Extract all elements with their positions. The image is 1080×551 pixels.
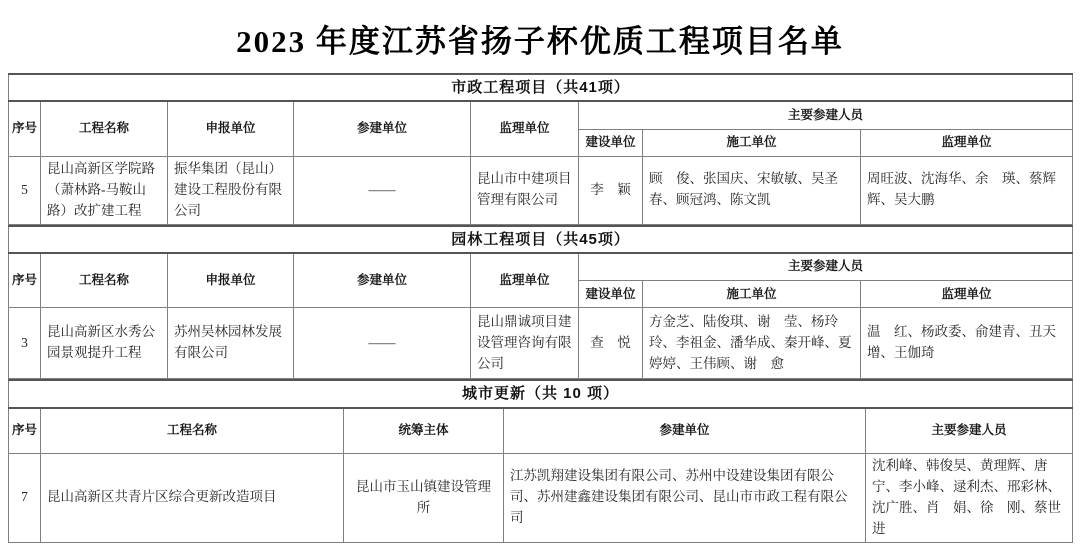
col-header-participant: 参建单位 (294, 253, 471, 308)
col-header-people: 主要参建人员 (866, 408, 1073, 454)
col-header-seq: 序号 (9, 101, 41, 156)
col-header-project: 工程名称 (41, 408, 344, 454)
cell-seq-no: 5 (9, 156, 41, 224)
col-header-people-group: 主要参建人员 (579, 101, 1073, 129)
cell-supervisor: 昆山市中建项目管理有限公司 (471, 156, 579, 224)
cell-supervisor-people: 温 红、杨政委、俞建青、丑天增、王伽琦 (861, 308, 1073, 379)
table-row: 7 昆山高新区共青片区综合更新改造项目 昆山市玉山镇建设管理所 江苏凯翔建设集团… (9, 454, 1073, 543)
section-title-landscape: 园林工程项目（共45项） (9, 226, 1073, 253)
landscape-projects-table: 园林工程项目（共45项） 序号 工程名称 申报单位 参建单位 监理单位 主要参建… (8, 225, 1073, 380)
col-header-supervisor-people: 监理单位 (861, 129, 1073, 156)
col-header-supervisor: 监理单位 (471, 101, 579, 156)
col-header-participants: 参建单位 (504, 408, 866, 454)
cell-applicant: 苏州吴林园林发展有限公司 (168, 308, 294, 379)
col-header-people-group: 主要参建人员 (579, 253, 1073, 281)
col-header-seq: 序号 (9, 253, 41, 308)
cell-builder-people: 方金芝、陆俊琪、谢 莹、杨玲玲、李祖金、潘华成、秦开峰、夏婷婷、王伟顾、谢 愈 (643, 308, 861, 379)
municipal-projects-table: 市政工程项目（共41项） 序号 工程名称 申报单位 参建单位 监理单位 主要参建… (8, 73, 1073, 225)
cell-project-name: 昆山高新区学院路（萧林路-马鞍山路）改扩建工程 (41, 156, 168, 224)
cell-participants: 江苏凯翔建设集团有限公司、苏州中设建设集团有限公司、苏州建鑫建设集团有限公司、昆… (504, 454, 866, 543)
cell-participant: —— (294, 308, 471, 379)
cell-owner-people: 李 颖 (579, 156, 643, 224)
cell-participant: —— (294, 156, 471, 224)
cell-applicant: 振华集团（昆山）建设工程股份有限公司 (168, 156, 294, 224)
section-title-urban-renewal: 城市更新（共 10 项） (9, 380, 1073, 407)
col-header-supervisor: 监理单位 (471, 253, 579, 308)
col-header-owner-people: 建设单位 (579, 281, 643, 308)
cell-project-name: 昆山高新区水秀公园景观提升工程 (41, 308, 168, 379)
cell-coordinator: 昆山市玉山镇建设管理所 (344, 454, 504, 543)
col-header-applicant: 申报单位 (168, 253, 294, 308)
cell-seq-no: 7 (9, 454, 41, 543)
col-header-participant: 参建单位 (294, 101, 471, 156)
cell-project-name: 昆山高新区共青片区综合更新改造项目 (41, 454, 344, 543)
col-header-supervisor-people: 监理单位 (861, 281, 1073, 308)
col-header-builder-people: 施工单位 (643, 129, 861, 156)
col-header-project: 工程名称 (41, 253, 168, 308)
cell-people: 沈利峰、韩俊昊、黄理辉、唐 宁、李小峰、逯利杰、邢彩林、沈广胜、肖 娟、徐 刚、… (866, 454, 1073, 543)
col-header-seq: 序号 (9, 408, 41, 454)
col-header-applicant: 申报单位 (168, 101, 294, 156)
cell-supervisor: 昆山鼎诚项目建设管理咨询有限公司 (471, 308, 579, 379)
cell-builder-people: 顾 俊、张国庆、宋敏敏、吴圣春、顾冠鸿、陈文凯 (643, 156, 861, 224)
page-title: 2023 年度江苏省扬子杯优质工程项目名单 (0, 16, 1080, 61)
col-header-project: 工程名称 (41, 101, 168, 156)
col-header-owner-people: 建设单位 (579, 129, 643, 156)
table-row: 3 昆山高新区水秀公园景观提升工程 苏州吴林园林发展有限公司 —— 昆山鼎诚项目… (9, 308, 1073, 379)
urban-renewal-table: 城市更新（共 10 项） 序号 工程名称 统筹主体 参建单位 主要参建人员 7 … (8, 379, 1073, 542)
table-row: 5 昆山高新区学院路（萧林路-马鞍山路）改扩建工程 振华集团（昆山）建设工程股份… (9, 156, 1073, 224)
cell-seq-no: 3 (9, 308, 41, 379)
col-header-coordinator: 统筹主体 (344, 408, 504, 454)
col-header-builder-people: 施工单位 (643, 281, 861, 308)
cell-supervisor-people: 周旺波、沈海华、余 瑛、蔡辉辉、吴大鹏 (861, 156, 1073, 224)
cell-owner-people: 查 悦 (579, 308, 643, 379)
section-title-municipal: 市政工程项目（共41项） (9, 74, 1073, 101)
